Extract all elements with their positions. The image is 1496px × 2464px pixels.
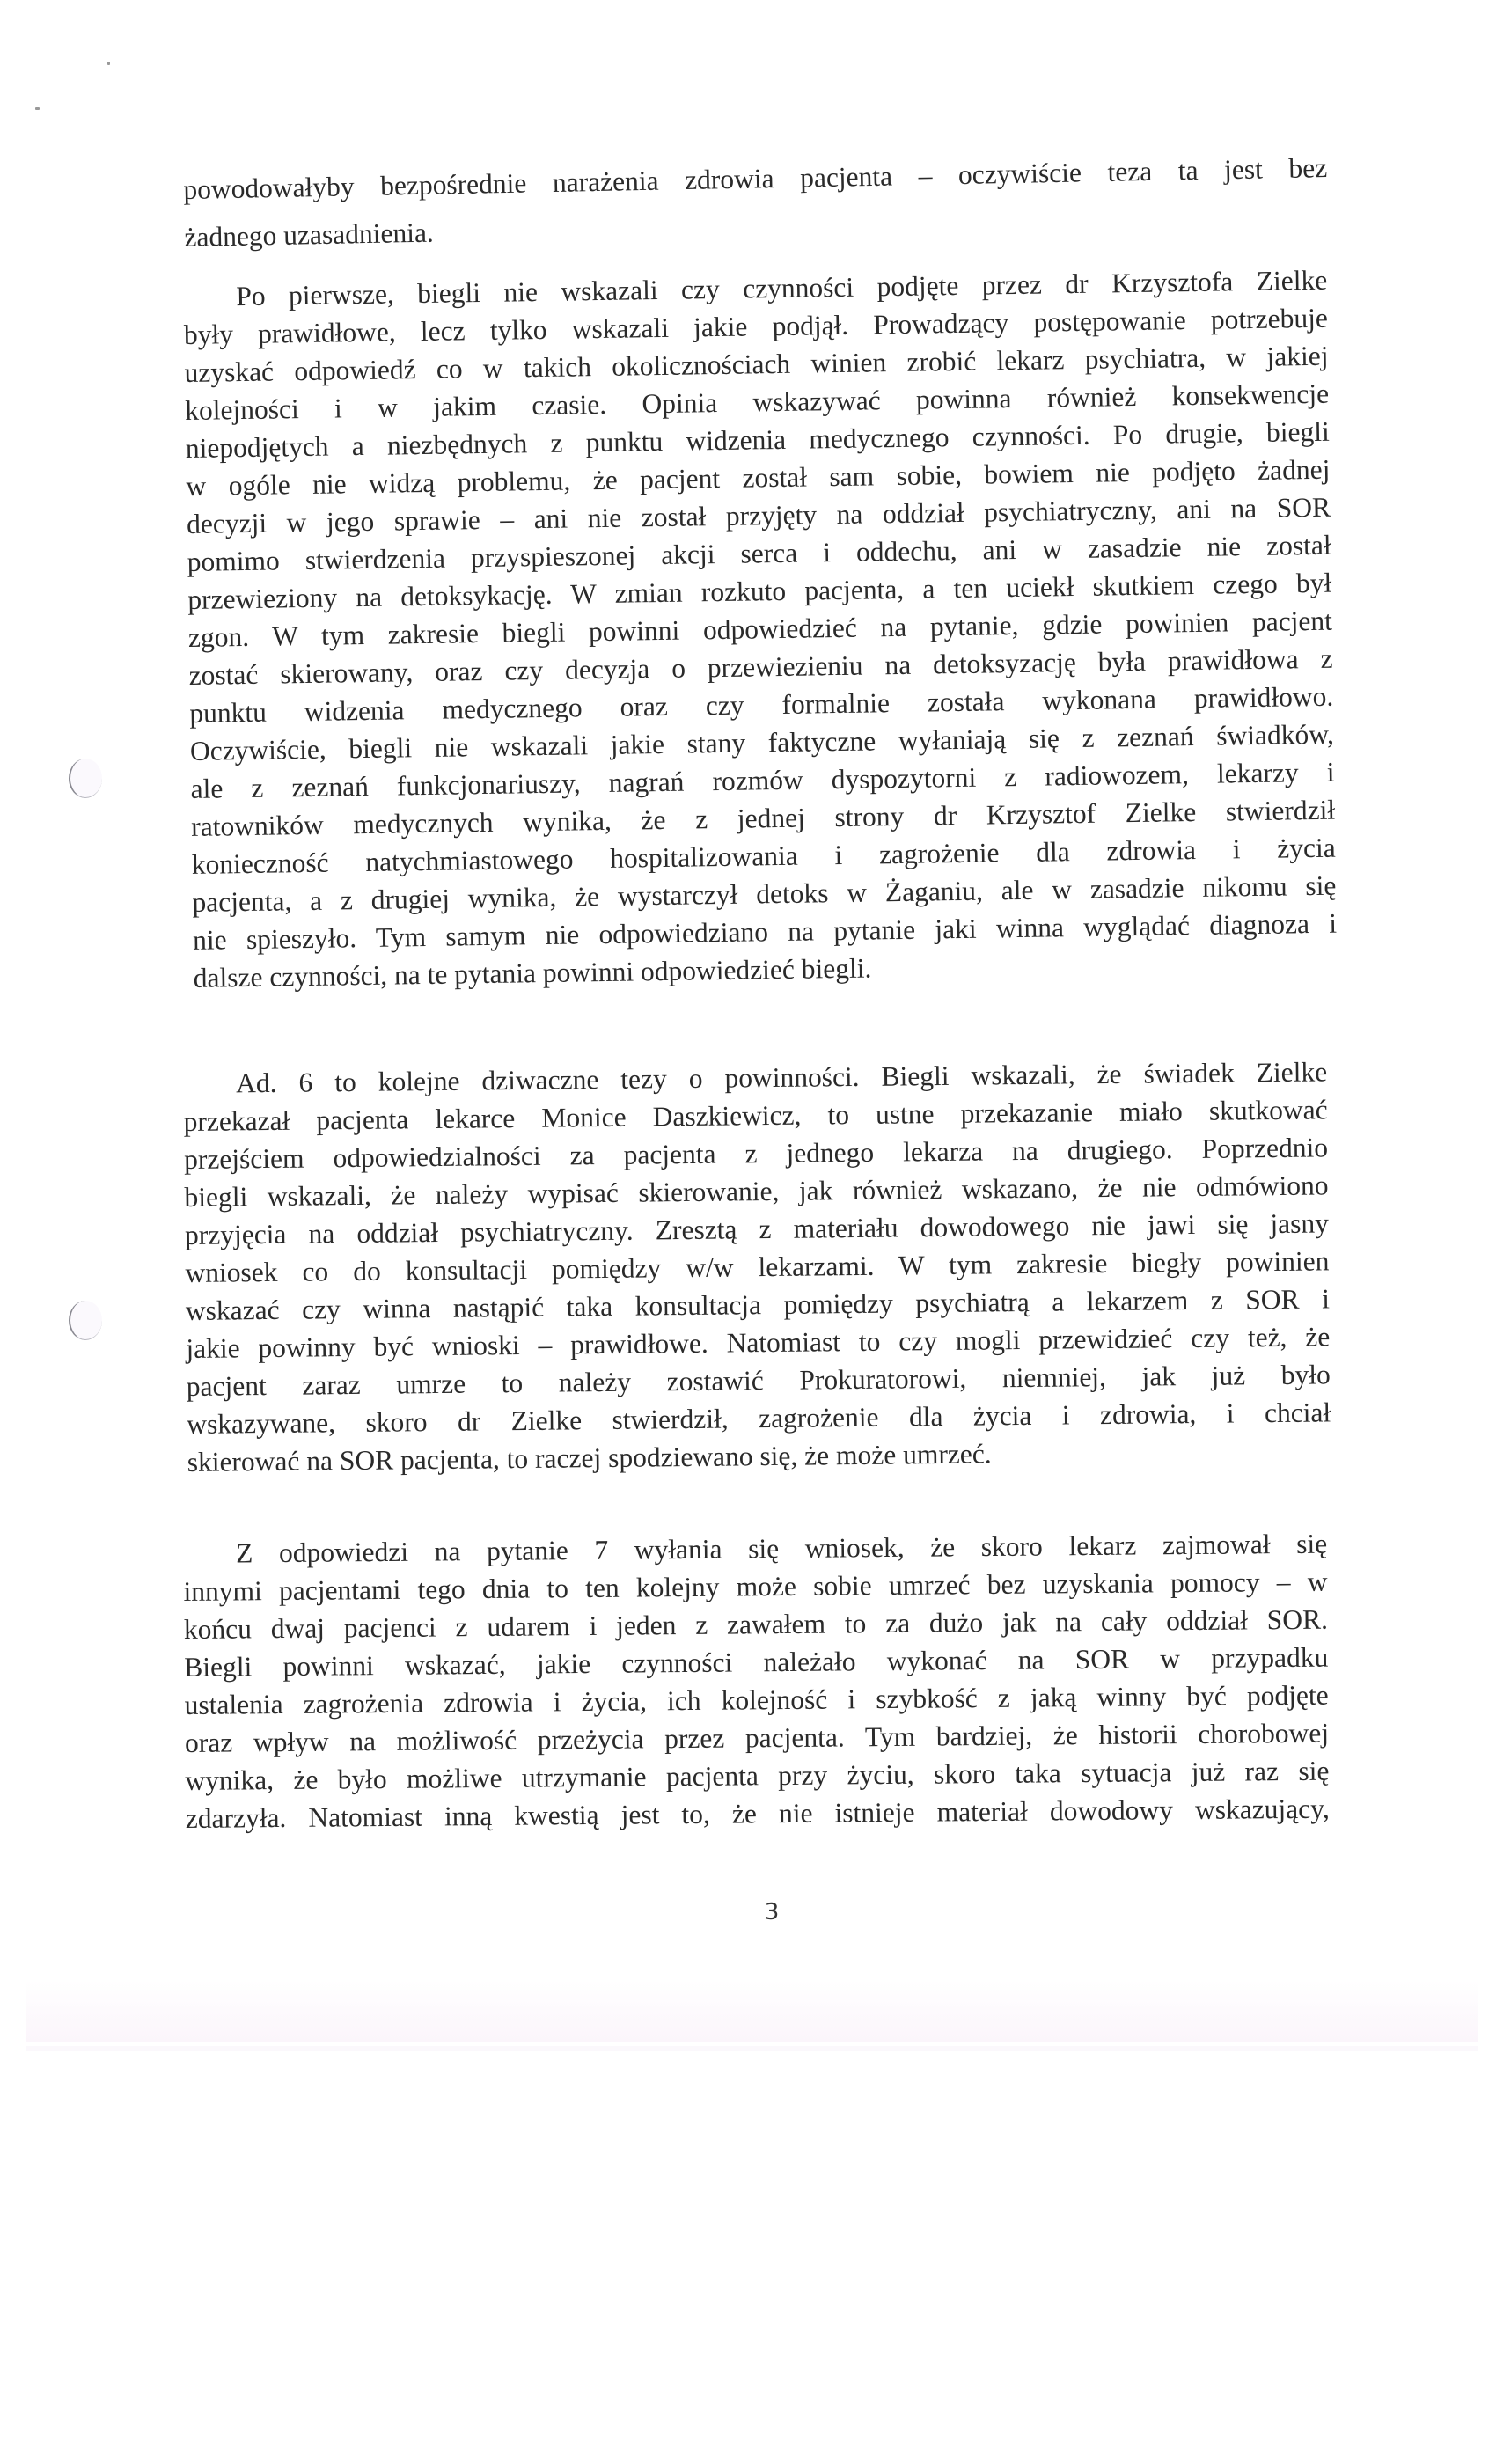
punch-hole-mark (69, 759, 102, 798)
punch-hole-mark (69, 1301, 102, 1340)
page-number: 3 (759, 1899, 785, 1925)
text-line: żadnego uzasadnienia. (184, 216, 434, 255)
scan-speck (35, 107, 40, 110)
scan-speck (107, 62, 110, 65)
scan-edge-shadow (26, 1980, 1478, 2042)
